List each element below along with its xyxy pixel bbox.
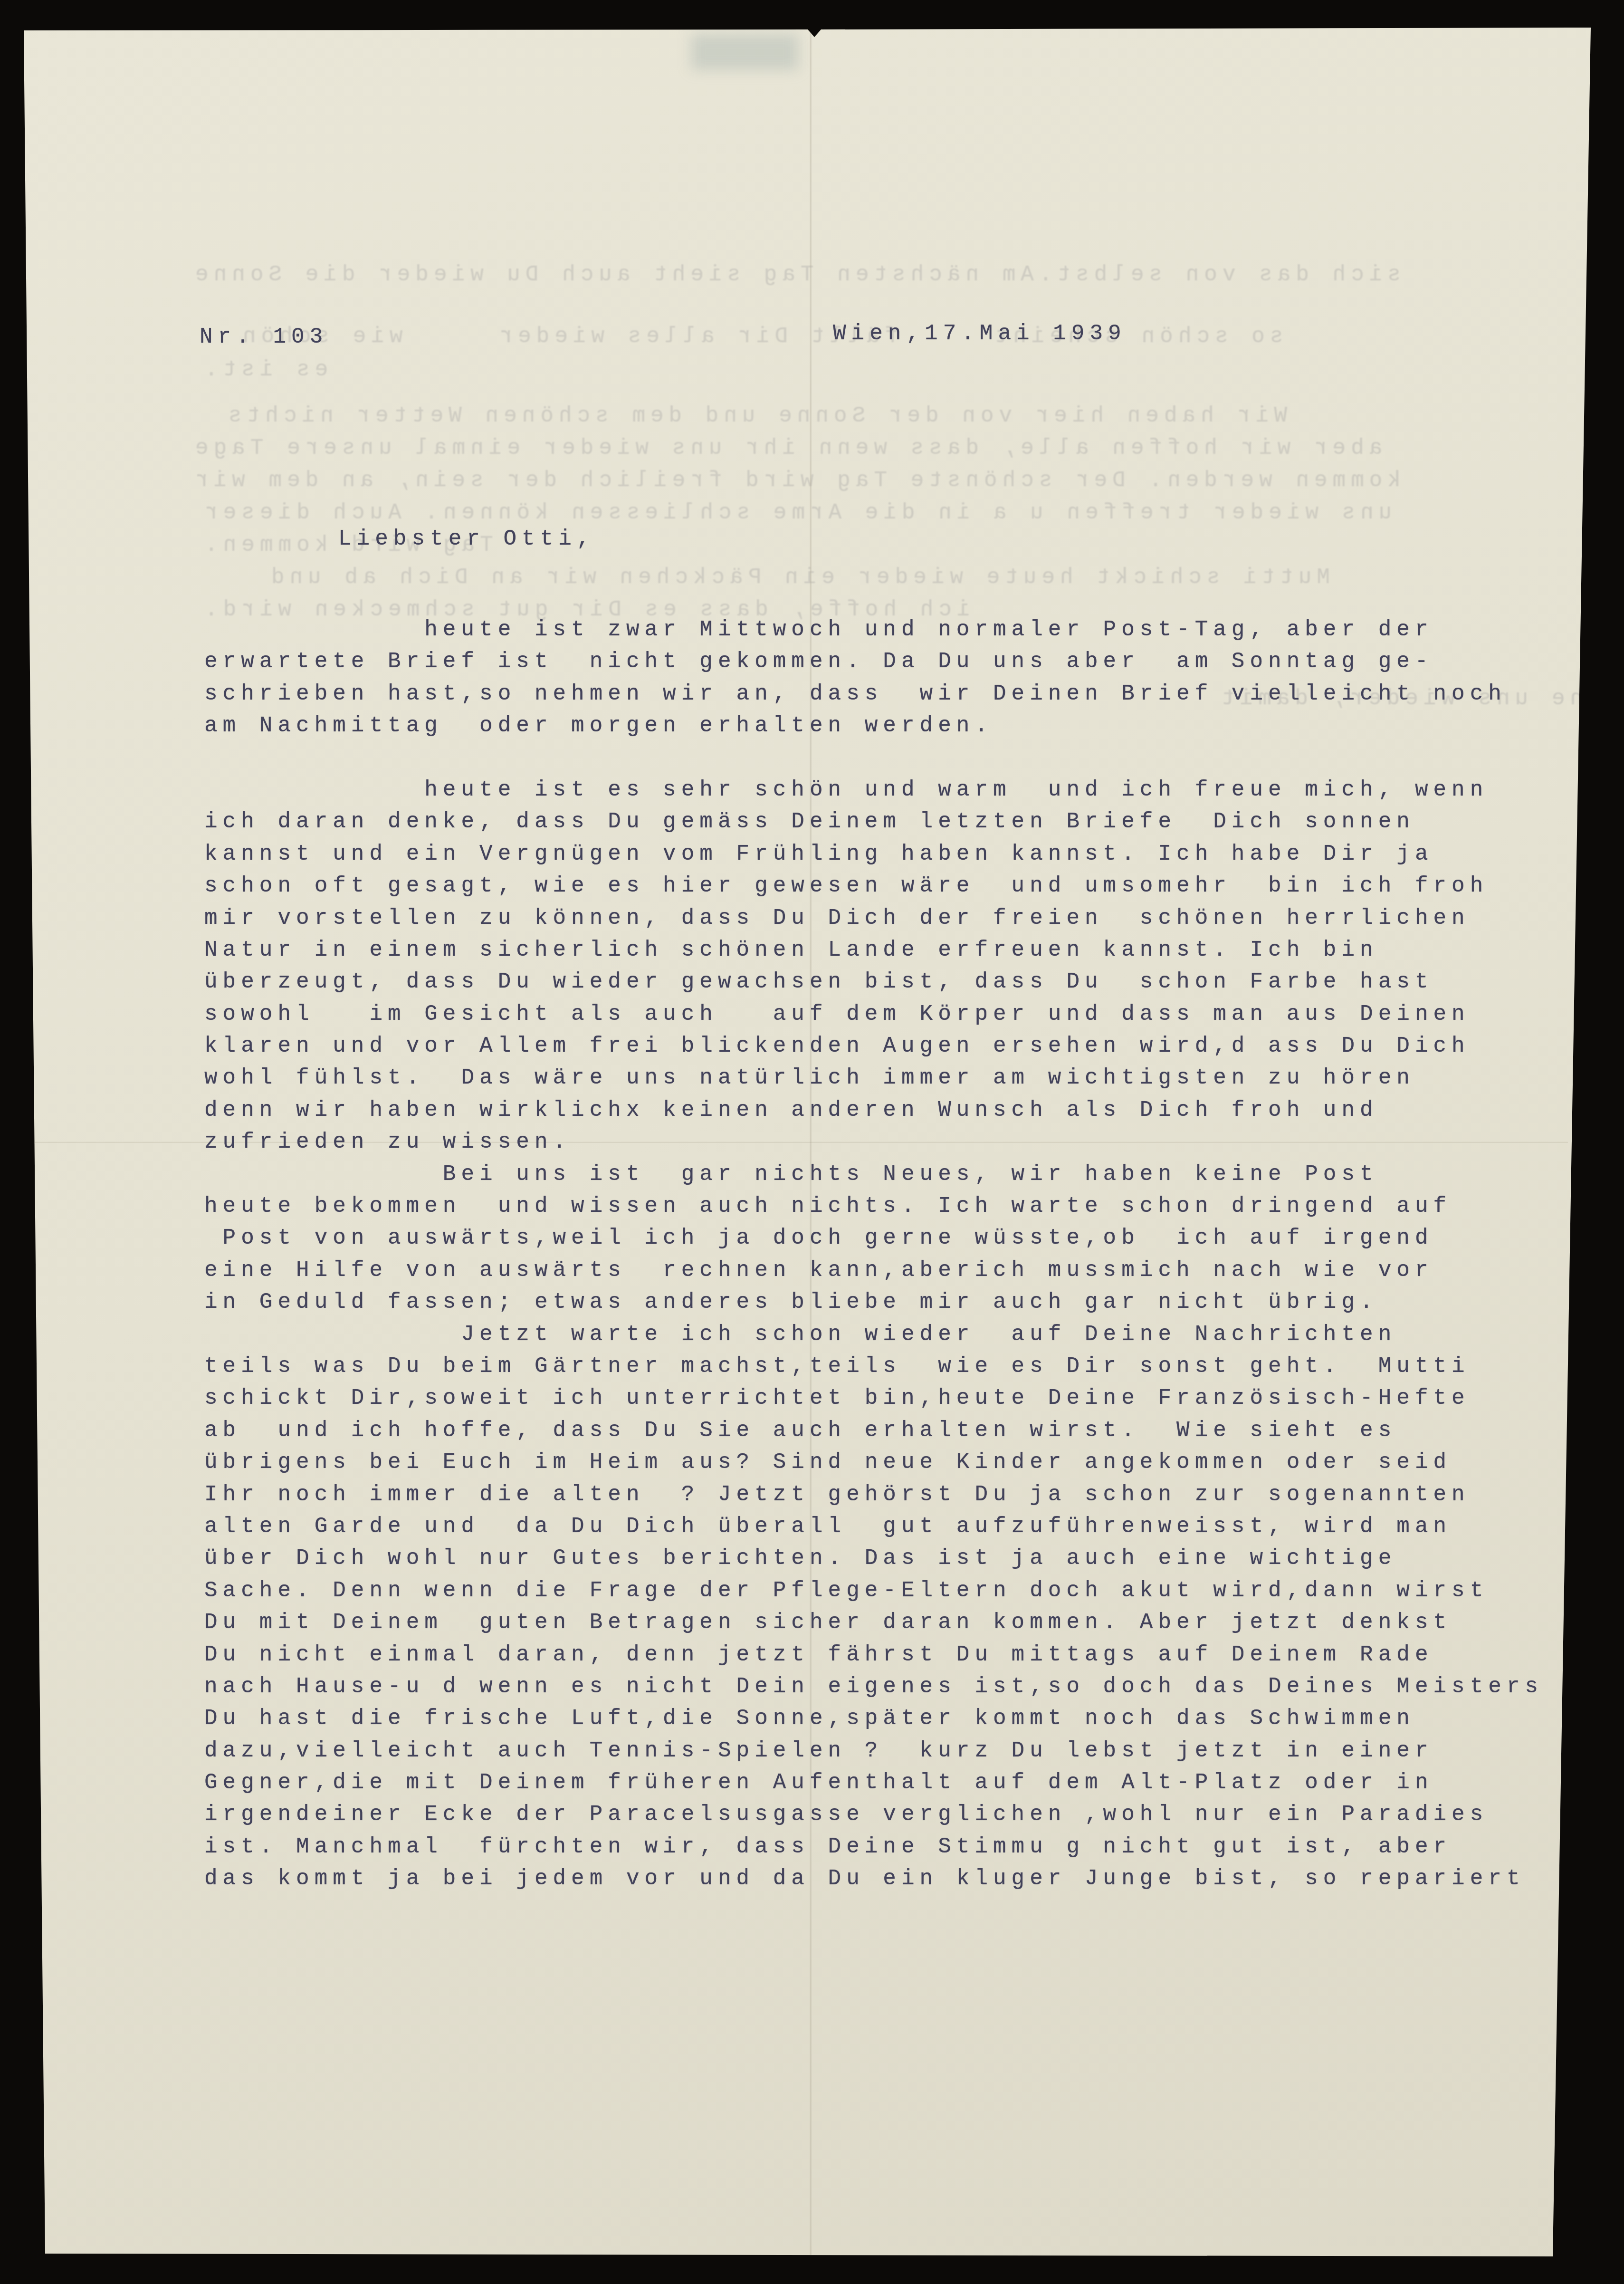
body-line: das kommt ja bei jedem vor und da Du ein… xyxy=(204,1863,1543,1895)
bleedthrough-line: Wir haben hier von der Sonne und dem sch… xyxy=(223,402,1287,430)
body-line: Sache. Denn wenn die Frage der Pflege-El… xyxy=(204,1575,1543,1607)
body-line: ist. Manchmal fürchten wir, dass Deine S… xyxy=(204,1831,1543,1863)
body-line: sowohl im Gesicht als auch auf dem Körpe… xyxy=(204,998,1543,1030)
letter-number: Nr. 103 xyxy=(200,325,328,349)
letter-paper: sich das von selbst.Am nächsten Tag sieh… xyxy=(0,0,1624,2284)
body-line: Bei uns ist gar nichts Neues, wir haben … xyxy=(204,1159,1543,1190)
letter-dateline: Wien,17.Mai 1939 xyxy=(833,321,1127,346)
body-line: ab und ich hoffe, dass Du Sie auch erhal… xyxy=(204,1415,1543,1447)
body-line: eine Hilfe von auswärts rechnen kann,abe… xyxy=(204,1255,1543,1286)
body-line: heute ist es sehr schön und warm und ich… xyxy=(204,774,1543,806)
bleedthrough-line: uns wieder treffen u a in die Arme schli… xyxy=(200,499,1392,527)
bleedthrough-line: sich das von selbst.Am nächsten Tag sieh… xyxy=(190,260,1401,289)
letter-salutation: Liebster Otti, xyxy=(338,527,595,551)
scan-background: { "colors": { "scan_background": "#0c0a0… xyxy=(0,0,1624,2284)
body-line: irgendeiner Ecke der Paracelsusgasse ver… xyxy=(204,1799,1543,1831)
body-line: über Dich wohl nur Gutes berichten. Das … xyxy=(204,1543,1543,1574)
bleedthrough-line: kommen werden. Der schönste Tag wird fre… xyxy=(190,466,1401,495)
body-line: ich daran denke, dass Du gemäss Deinem l… xyxy=(204,806,1543,838)
bleedthrough-line: Mutti schickt heute wieder ein Päckchen … xyxy=(266,563,1330,592)
body-line: zufrieden zu wissen. xyxy=(204,1126,1543,1158)
body-line: Post von auswärts,weil ich ja doch gerne… xyxy=(204,1222,1543,1254)
body-line: Ihr noch immer die alten ? Jetzt gehörst… xyxy=(204,1479,1543,1511)
body-line: dazu,vielleicht auch Tennis-Spielen ? ku… xyxy=(204,1735,1543,1767)
body-line: wohl fühlst. Das wäre uns natürlich imme… xyxy=(204,1062,1543,1094)
body-line: in Geduld fassen; etwas anderes bliebe m… xyxy=(204,1286,1543,1318)
body-line: heute bekommen und wissen auch nichts. I… xyxy=(204,1190,1543,1222)
bleedthrough-line: aber wir hoffen alle, dass wenn ihr uns … xyxy=(190,434,1382,462)
body-line: Du mit Deinem guten Betragen sicher dara… xyxy=(204,1607,1543,1639)
ink-smudge xyxy=(691,34,798,70)
body-line: Natur in einem sicherlich schönen Lande … xyxy=(204,934,1543,966)
body-line: übrigens bei Euch im Heim aus? Sind neue… xyxy=(204,1447,1543,1478)
body-line: erwartete Brief ist nicht gekommen. Da D… xyxy=(204,646,1543,678)
letter-body: heute ist zwar Mittwoch und normaler Pos… xyxy=(204,614,1543,1895)
body-line: klaren und vor Allem frei blickenden Aug… xyxy=(204,1030,1543,1062)
body-line: heute ist zwar Mittwoch und normaler Pos… xyxy=(204,614,1543,646)
body-line: schon oft gesagt, wie es hier gewesen wä… xyxy=(204,870,1543,902)
bleedthrough-line: es ist. xyxy=(200,355,328,384)
body-line: denn wir haben wirklichx keinen anderen … xyxy=(204,1094,1543,1126)
body-line: überzeugt, dass Du wieder gewachsen bist… xyxy=(204,966,1543,998)
body-line: teils was Du beim Gärtner machst,teils w… xyxy=(204,1351,1543,1382)
body-line: schrieben hast,so nehmen wir an, dass wi… xyxy=(204,678,1543,710)
body-line: schickt Dir,soweit ich unterrichtet bin,… xyxy=(204,1382,1543,1414)
body-line xyxy=(204,742,1543,774)
body-line: Du nicht einmal daran, denn jetzt fährst… xyxy=(204,1639,1543,1671)
body-line: alten Garde und da Du Dich überall gut a… xyxy=(204,1511,1543,1543)
body-line: Gegner,die mit Deinem früheren Aufenthal… xyxy=(204,1767,1543,1799)
body-line: kannst und ein Vergnügen vom Frühling ha… xyxy=(204,838,1543,870)
body-line: mir vorstellen zu können, dass Du Dich d… xyxy=(204,902,1543,934)
body-line: Du hast die frische Luft,die Sonne,späte… xyxy=(204,1703,1543,1735)
body-line: nach Hause-u d wenn es nicht Dein eigene… xyxy=(204,1671,1543,1703)
body-line: Jetzt warte ich schon wieder auf Deine N… xyxy=(204,1319,1543,1351)
body-line: am Nachmittag oder morgen erhalten werde… xyxy=(204,710,1543,742)
